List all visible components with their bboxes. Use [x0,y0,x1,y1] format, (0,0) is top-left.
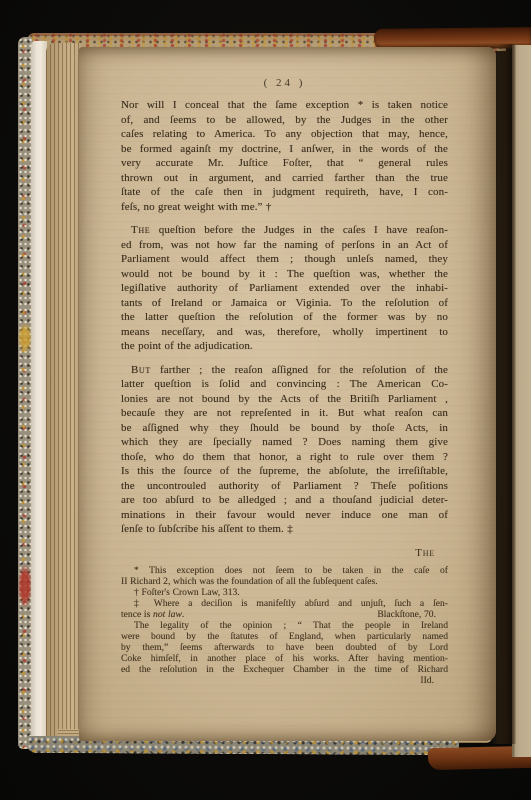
book-page: ( 24 ) Nor will I conceal that the ſame … [79,47,496,741]
marbled-board-edge-left [18,37,32,749]
paragraph: Nor will I conceal that the ſame excepti… [121,98,448,214]
text-line: means neceſſary, and was, therefore, who… [121,325,448,340]
text-line: be aſſigned why they ſhould be bound by … [121,421,448,436]
footnote-line: II Richard 2, which was the foundation o… [121,576,448,587]
text-line: ſtate of the caſe then in judgment requi… [121,185,448,200]
text-line: the uncontrouled authority of Parliament… [121,479,448,494]
text-line: the latter queſtion the reſolution of th… [121,310,448,325]
footnote-line: were bound by the ſtatutes of England, w… [121,631,448,642]
text-line: But farther ; the reaſon aſſigned for th… [121,363,448,378]
text-line: ed from, was not how far the naming of p… [121,238,448,253]
text-line: would not be bound by it : The queſtion … [121,267,448,282]
footnote-line: ed the reſolution in the Exchequer Chamb… [121,664,448,675]
smallcaps-word: But [131,364,151,376]
smallcaps-word: The [131,224,150,236]
text-line: of, and ſeems to be allowed, by the Judg… [121,113,448,128]
footnote-line: IId. [121,675,448,686]
text-line: feſs, no great weight with me.” † [121,200,448,215]
text-line: tants of Ireland or Jamaica or Viginia. … [121,296,448,311]
flyleaf-edge [31,41,47,743]
text-line: Parliament would affect them ; though un… [121,252,448,267]
page-stack-edges-left [46,43,82,741]
text-block: Nor will I conceal that the ſame excepti… [121,98,448,686]
footnotes: * This exception does not ſeem to be tak… [121,565,448,686]
text-line: be formed againſt my doctrine, I anſwer,… [121,142,448,157]
footnote: * This exception does not ſeem to be tak… [121,565,448,587]
photo-background: ( 24 ) Nor will I conceal that the ſame … [0,0,531,800]
footnote: † Foſter's Crown Law, 313. [121,587,448,598]
paragraph: The queſtion before the Judges in the ca… [121,223,448,354]
footnote-line: Coke himſelf, in another place of his wo… [121,653,448,664]
footnote: ‡ Where a deciſion is manifeſtly abſurd … [121,598,448,620]
text-line: which they are ſpecially named ? Does na… [121,435,448,450]
text-line: lonies are not bound by the Acts of the … [121,392,448,407]
footnote-line: † Foſter's Crown Law, 313. [121,587,448,598]
footnote: The legality of the opinion ; “ That the… [121,620,448,686]
footnote-line: * This exception does not ſeem to be tak… [121,565,448,576]
catchword: The [121,546,448,561]
text-line: Nor will I conceal that the ſame excepti… [121,98,448,113]
text-line: the point of the adjudication. [121,339,448,354]
text-line: latter queſtion is ſolid and convincing … [121,377,448,392]
text-line: minations in their favour would never in… [121,508,448,523]
footnote-line: by them,” ſeems afterwards to have been … [121,642,448,653]
text-line: Is this the ſource of the ſupreme, the a… [121,464,448,479]
text-line: thoſe, who do them that honor, a right t… [121,450,448,465]
text-line: caſes relating to America. To any object… [121,127,448,142]
paragraph: But farther ; the reaſon aſſigned for th… [121,363,448,537]
marble-red-blotch [18,565,32,607]
marble-yellow-blotch [18,323,32,353]
text-line: legiſlative authority of Parliament exte… [121,281,448,296]
footnote-line: ‡ Where a deciſion is manifeſtly abſurd … [121,598,448,609]
text-line: ſenſe to ſubſcribe his aſſent to them. ‡ [121,522,448,537]
text-line: The queſtion before the Judges in the ca… [121,223,448,238]
footnote-line: tence is not law.Blackſtone, 70. [121,609,448,620]
text-line: are too abſurd to be alledged ; and a th… [121,493,448,508]
text-line: becauſe they are not repreſented in it. … [121,406,448,421]
page-number: ( 24 ) [121,77,448,89]
text-line: thrown out in argument, and carried fart… [121,171,448,186]
text-line: very accurate Mr. Juſtice Foſter, that “… [121,156,448,171]
footnote-line: The legality of the opinion ; “ That the… [121,620,448,631]
